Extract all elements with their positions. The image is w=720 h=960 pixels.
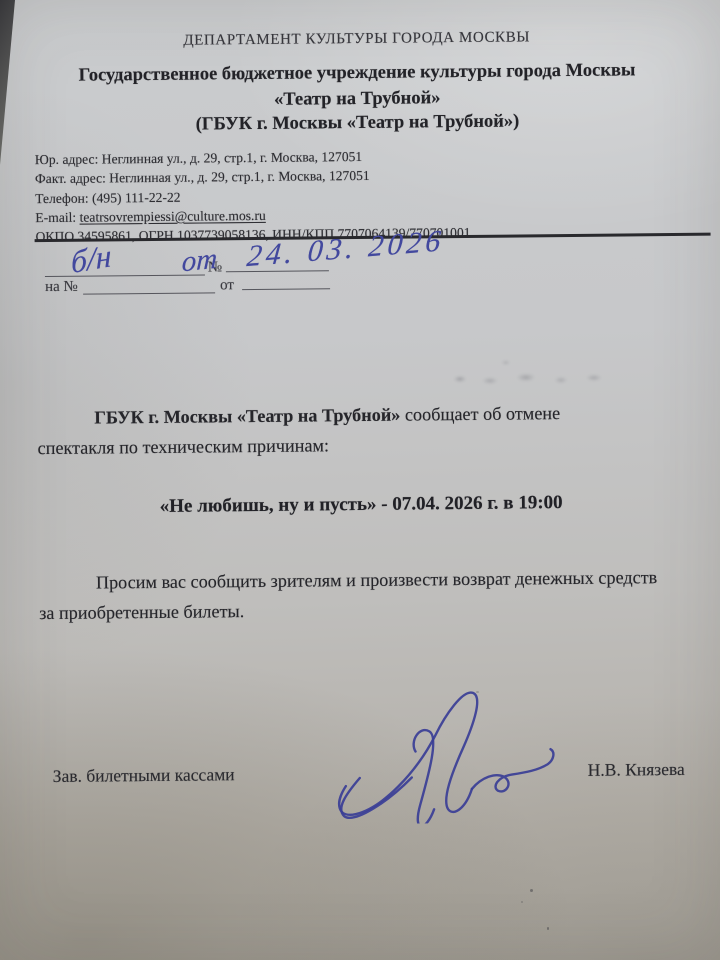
letter-content: ДЕПАРТАМЕНТ КУЛЬТУРЫ ГОРОДА МОСКВЫ Госуд… [0, 0, 720, 960]
ink-bleed-through-smudge [446, 356, 616, 398]
signature-stroke-tail [472, 749, 554, 792]
paper-speck [530, 889, 533, 892]
incoming-number-blank [83, 276, 215, 294]
request-line2: за приобретенные билеты. [39, 601, 244, 623]
incoming-date-blank [242, 272, 330, 290]
paper-speck [521, 901, 523, 903]
email-address: teatrsovrempiessi@culture.mos.ru [79, 208, 265, 225]
organization-name-line1: Государственное бюджетное учреждение кул… [0, 60, 717, 88]
cancelled-performance-line: «Не любишь, ну и пусть» - 07.04. 2026 г.… [1, 491, 720, 520]
intro-org-bold: ГБУК г. Москвы «Театр на Трубной» [94, 405, 400, 428]
handwritten-signature [323, 680, 562, 824]
paper-speck [547, 927, 549, 930]
paragraph-indent [39, 589, 96, 590]
organization-name-line2: «Театр на Трубной» [0, 86, 717, 114]
request-line1: Просим вас сообщить зрителям и произвест… [96, 567, 658, 592]
intro-paragraph: ГБУК г. Москвы «Театр на Трубной» сообща… [37, 397, 688, 463]
on-number-label: на № [45, 279, 78, 296]
request-paragraph: Просим вас сообщить зрителям и произвест… [39, 562, 690, 628]
department-title: ДЕПАРТАМЕНТ КУЛЬТУРЫ ГОРОДА МОСКВЫ [0, 28, 717, 52]
handwritten-number: б/н [71, 237, 112, 281]
handwritten-from-word: от [181, 243, 218, 280]
intro-rest: сообщает об отмене [400, 403, 560, 425]
email-label: E-mail: [35, 210, 79, 225]
signature-stroke-main [338, 692, 478, 814]
signer-position: Зав. билетными кассами [53, 764, 235, 787]
paragraph-indent [37, 424, 94, 425]
paper-speck [476, 691, 479, 693]
signer-name: Н.В. Князева [588, 759, 685, 781]
letter-photo: ДЕПАРТАМЕНТ КУЛЬТУРЫ ГОРОДА МОСКВЫ Госуд… [0, 0, 720, 960]
from-label: от [220, 277, 234, 294]
organization-short-name: (ГБУК г. Москвы «Театр на Трубной») [0, 110, 718, 138]
intro-line2: спектакля по техническим причинам: [38, 435, 330, 458]
